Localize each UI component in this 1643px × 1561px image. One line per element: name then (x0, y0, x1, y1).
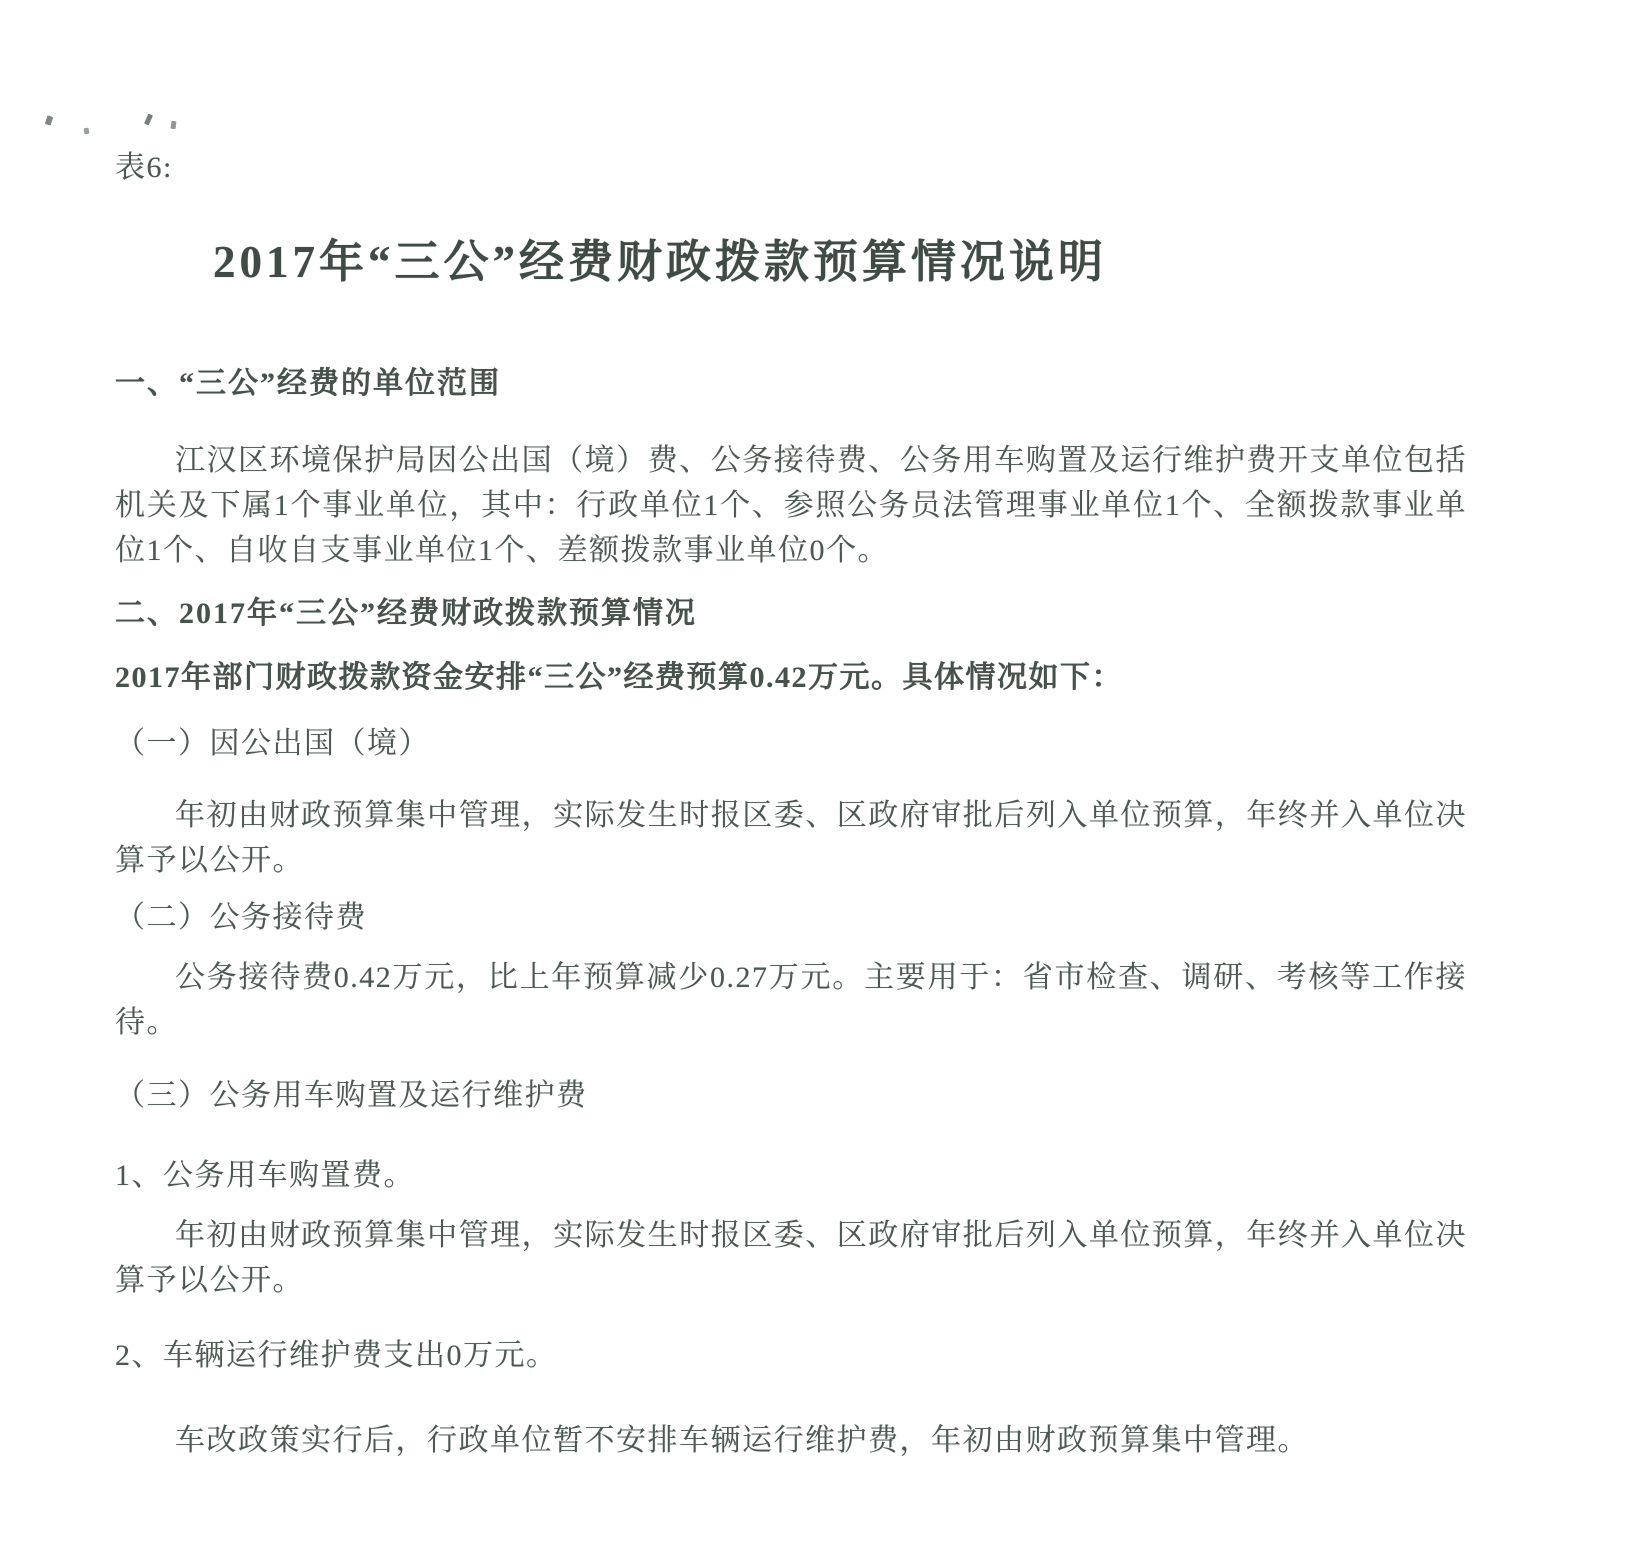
ink-speck (45, 115, 53, 125)
paragraph-unit-scope: 江汉区环境保护局因公出国（境）费、公务接待费、公务用车购置及运行维护费开支单位包… (115, 438, 1467, 573)
section-heading-2: 二、2017年“三公”经费财政拨款预算情况 (115, 591, 1467, 636)
document-title: 2017年“三公”经费财政拨款预算情况说明 (213, 230, 1467, 294)
subsection-heading-reception: （二）公务接待费 (115, 895, 1467, 940)
subsection-heading-abroad: （一）因公出国（境） (115, 721, 1467, 766)
table-label: 表6: (115, 145, 1467, 190)
document-body: 表6: 2017年“三公”经费财政拨款预算情况说明 一、“三公”经费的单位范围 … (115, 145, 1467, 1463)
lead-budget-summary: 2017年部门财政拨款资金安排“三公”经费预算0.42万元。具体情况如下： (115, 655, 1467, 700)
paragraph-abroad: 年初由财政预算集中管理，实际发生时报区委、区政府审批后列入单位预算，年终并入单位… (115, 793, 1467, 883)
subsection-heading-vehicle: （三）公务用车购置及运行维护费 (115, 1073, 1467, 1118)
ink-speck (84, 128, 90, 135)
item-heading-vehicle-purchase: 1、公务用车购置费。 (115, 1153, 1467, 1198)
paragraph-vehicle-purchase: 年初由财政预算集中管理，实际发生时报区委、区政府审批后列入单位预算，年终并入单位… (115, 1213, 1467, 1303)
ink-speck (170, 121, 176, 130)
paragraph-vehicle-maintenance: 车改政策实行后，行政单位暂不安排车辆运行维护费，年初由财政预算集中管理。 (115, 1418, 1467, 1463)
ink-speck (144, 113, 153, 125)
item-heading-vehicle-maintenance: 2、车辆运行维护费支出0万元。 (115, 1333, 1467, 1378)
section-heading-1: 一、“三公”经费的单位范围 (115, 361, 1467, 406)
scanned-page: 表6: 2017年“三公”经费财政拨款预算情况说明 一、“三公”经费的单位范围 … (0, 0, 1643, 1561)
paragraph-reception: 公务接待费0.42万元，比上年预算减少0.27万元。主要用于：省市检查、调研、考… (115, 955, 1467, 1045)
